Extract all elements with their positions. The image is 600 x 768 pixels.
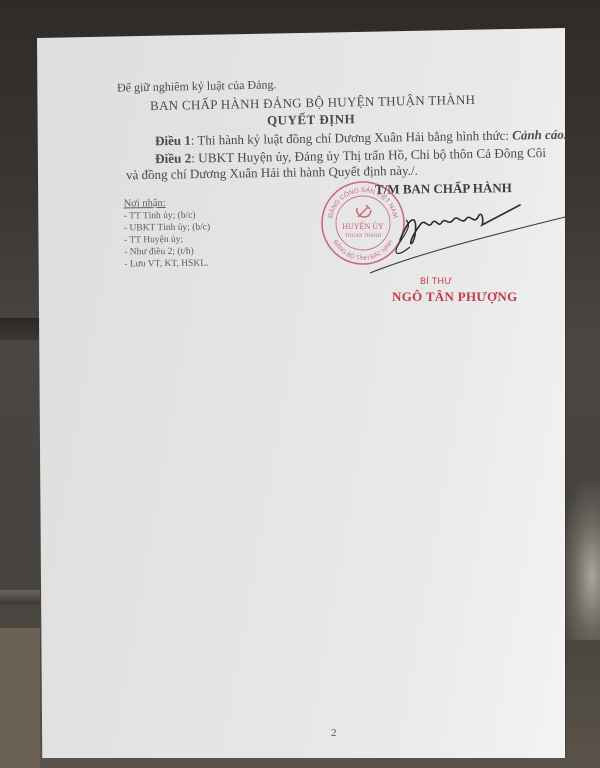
hammer-sickle-icon xyxy=(357,205,371,217)
recipient-item: - UBKT Tỉnh ủy; (b/c) xyxy=(124,222,210,235)
decision-title: QUYẾT ĐỊNH xyxy=(267,111,355,129)
signer-role: BÍ THƯ xyxy=(420,276,452,286)
recipient-item: - Lưu VT, KT, HSKL. xyxy=(124,258,210,271)
recipient-item: - TT Huyện ủy; xyxy=(124,234,210,247)
background-reflection xyxy=(560,480,600,640)
handwritten-signature-icon xyxy=(370,195,570,275)
recipient-item: - TT Tỉnh ủy; (b/c) xyxy=(124,210,210,223)
recipients-title: Nơi nhận: xyxy=(124,198,210,211)
background-floor xyxy=(0,628,40,768)
background-edge xyxy=(0,318,40,340)
signer-name: NGÔ TÂN PHƯỢNG xyxy=(392,289,518,305)
recipients-list: Nơi nhận: - TT Tỉnh ủy; (b/c) - UBKT Tỉn… xyxy=(124,198,211,271)
article-emphasis: Cảnh cáo. xyxy=(512,127,567,143)
article-label: Điều 1 xyxy=(155,133,191,149)
background-edge xyxy=(0,590,40,604)
recipient-item: - Như điều 2; (t/h) xyxy=(124,246,210,259)
page-number: 2 xyxy=(331,727,337,739)
article-label: Điều 2 xyxy=(155,151,191,167)
